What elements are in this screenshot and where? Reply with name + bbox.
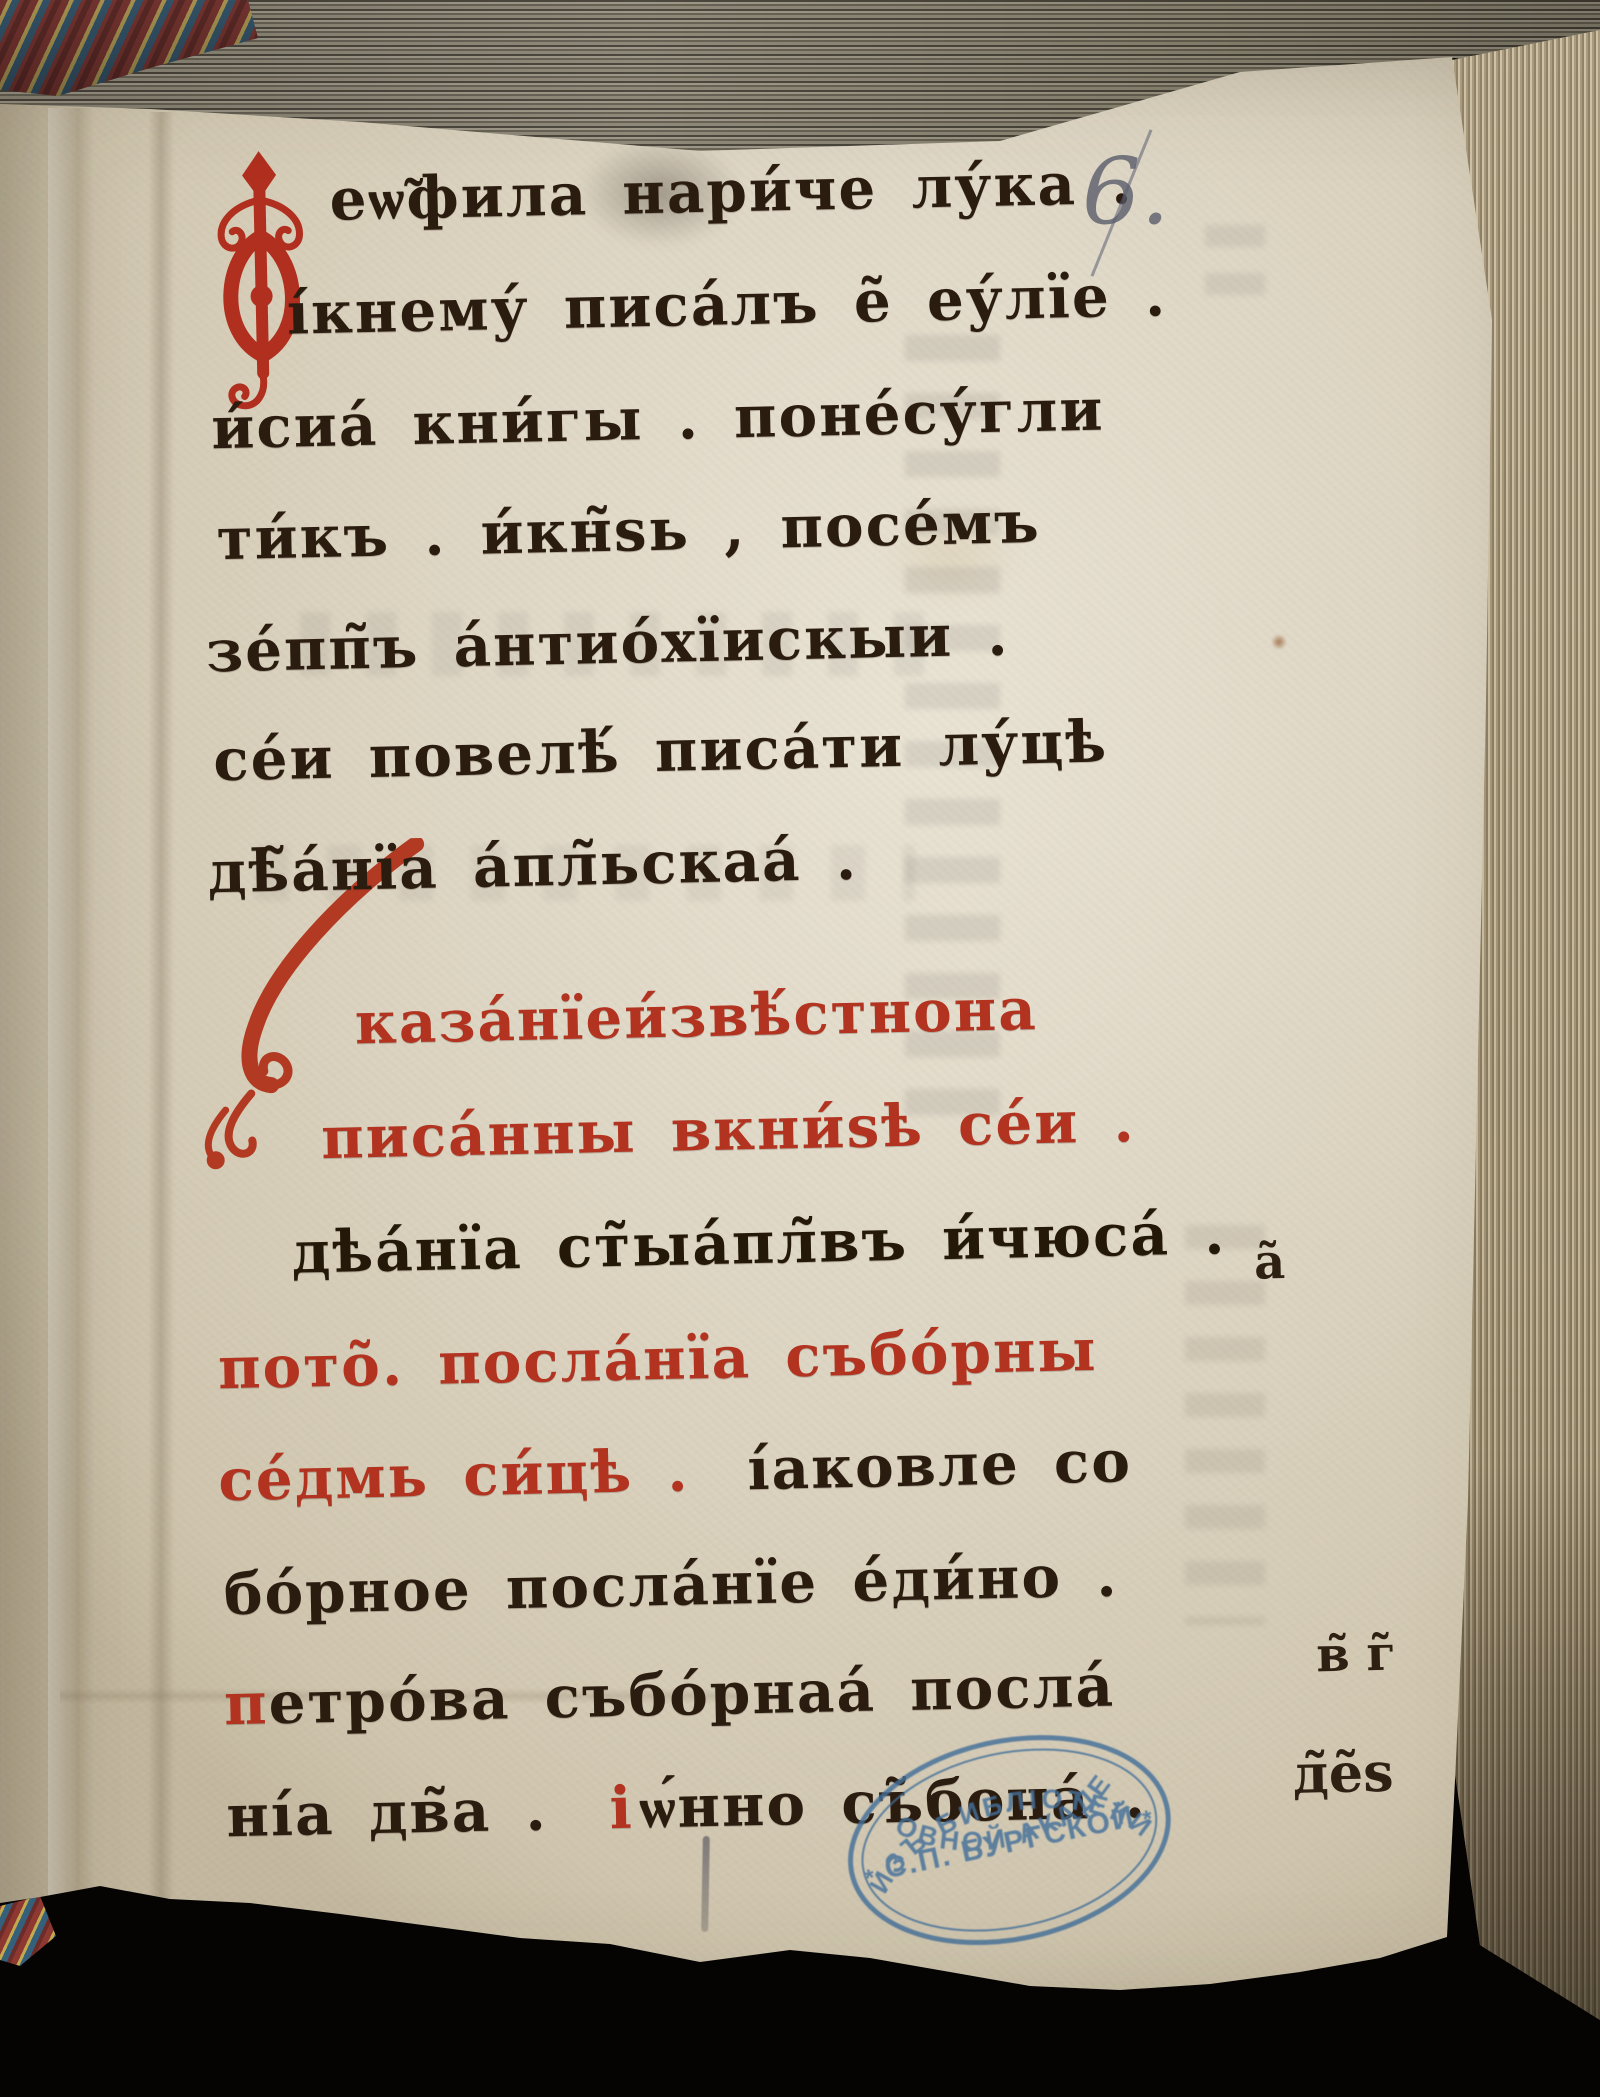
stamp-bottom-text: ДУХОВНОЙ АКАДЕМІИ [815,1694,1128,1891]
manuscript-line-9-segment-1: писа́нны вкни́ѕѣ се́и . [321,1087,1137,1172]
page-stain [1271,634,1287,650]
manuscript-line-6: се́и повелѣ́ писа́ти лу́цѣ [213,708,1109,795]
stamp-asterisk-left: * [863,1864,878,1892]
manuscript-text-block: еѡ̃фила нари́че лу́ка .і́кнему́ писа́лъ … [0,0,1600,2097]
page-fold [48,108,94,1900]
manuscript-line-11: пото̃. посла́нїа събо́рны [217,1316,1098,1402]
manuscript-line-4-segment-1: ти́къ . и́кн̃ѕь , посе́мъ [216,488,1041,573]
margin-numeral-1: а̃ [1253,1234,1285,1291]
manuscript-line-5: зе́пп̃ъ а́нтио́хїискыи . [205,601,1010,686]
manuscript-page: еѡ̃фила нари́че лу́ка .і́кнему́ писа́лъ … [0,0,1600,2097]
manuscript-line-14-segment-1: п [223,1669,269,1738]
manuscript-line-15-segment-3: ѡ́нно съ̃бона́ . [639,1763,1148,1842]
manuscript-line-15-segment-1: ні́а дв̃а . [226,1775,549,1850]
manuscript-line-15: ні́а дв̃а .іѡ́нно съ̃бона́ . [226,1763,1148,1850]
manuscript-line-8-segment-1: каза́нїеи́звѣ́стнона [354,975,1038,1057]
page-crease [148,112,174,1898]
page-crease [60,1688,740,1704]
bleed-through [1205,225,1265,320]
manuscript-line-10: дѣа́нїа ст̃ыа́пл̃въ и́чюса́ . [291,1199,1227,1287]
manuscript-line-15-segment-2: і [609,1774,634,1842]
manuscript-photo: еѡ̃фила нари́че лу́ка .і́кнему́ писа́лъ … [0,0,1600,2097]
manuscript-line-9: писа́нны вкни́ѕѣ се́и . [321,1087,1137,1172]
bleed-through [905,335,1000,1145]
manuscript-line-2: і́кнему́ писа́лъ е̃ еу́лїе . [286,261,1167,347]
manuscript-line-8: каза́нїеи́звѣ́стнона [354,975,1038,1057]
pencil-strike-line [1091,129,1153,277]
bleed-through [300,612,930,676]
manuscript-line-12-segment-1: се́дмь си́цѣ . [218,1436,690,1514]
manuscript-line-7: дѣ̃а́нїа а́пл̃ьскаа́ . [207,825,859,907]
manuscript-line-12-segment-2: і́аковле со [747,1427,1133,1503]
manuscript-line-6-segment-1: се́и повелѣ́ писа́ти лу́цѣ [213,708,1109,795]
manuscript-line-2-segment-1: і́кнему́ писа́лъ е̃ еу́лїе . [286,261,1167,347]
stamp-asterisk-right: * [1140,1805,1155,1833]
endband-weave-bottom [0,1896,56,1966]
manuscript-line-14-segment-2: етро́ва събо́рнаа́ посла́ [268,1652,1116,1738]
manuscript-line-3-segment-1: и́сиа́ кни́гы . поне́су́гли [211,376,1105,463]
bleed-through [255,845,915,901]
manuscript-line-1-segment-1: еѡ̃фила нари́че лу́ка . [329,149,1134,234]
pencil-stroke [701,1836,710,1932]
manuscript-line-4: ти́къ . и́кн̃ѕь , посе́мъ [216,488,1041,573]
svg-text:ИЗЪ БИБЛІОТЕКИ: ИЗЪ БИБЛІОТЕКИ [850,1758,1164,1903]
manuscript-line-5-segment-1: зе́пп̃ъ а́нтио́хїискыи . [205,601,1010,686]
manuscript-line-3: и́сиа́ кни́гы . поне́су́гли [211,376,1105,463]
manuscript-line-11-segment-1: пото̃. посла́нїа събо́рны [217,1316,1098,1402]
manuscript-line-12: се́дмь си́цѣ .і́аковле со [218,1427,1133,1514]
bleed-through [1185,1225,1265,1625]
manuscript-line-14: петро́ва събо́рнаа́ посла́ [223,1652,1115,1739]
svg-text:ДУХОВНОЙ АКАДЕМІИ: ДУХОВНОЙ АКАДЕМІИ [815,1694,1128,1891]
folio-number-pencil: 6. [1082,138,1170,245]
stamp-middle-text: С.П. БУРГСКОЙ [881,1799,1138,1885]
ornate-initial-F [204,148,320,415]
manuscript-line-1: еѡ̃фила нари́че лу́ка . [329,149,1134,234]
margin-numeral-3: д̃е̃ѕ [1292,1740,1394,1806]
manuscript-line-13: бо́рное посла́нїе е́ди́но . [223,1541,1119,1628]
manuscript-line-13-segment-1: бо́рное посла́нїе е́ди́но . [223,1541,1119,1628]
library-stamp: ИЗЪ БИБЛІОТЕКИ ДУХОВНОЙ АКАДЕМІИ С.П. БУ… [815,1694,1205,1992]
manuscript-line-10-segment-1: дѣа́нїа ст̃ыа́пл̃въ и́чюса́ . [291,1199,1227,1287]
page-stain [880,500,1020,610]
ornate-initial-S [176,838,433,1173]
stamp-top-text: ИЗЪ БИБЛІОТЕКИ [850,1758,1164,1903]
margin-numeral-2: в̃ г̃ [1316,1626,1397,1684]
manuscript-line-7-segment-1: дѣ̃а́нїа а́пл̃ьскаа́ . [207,825,859,907]
